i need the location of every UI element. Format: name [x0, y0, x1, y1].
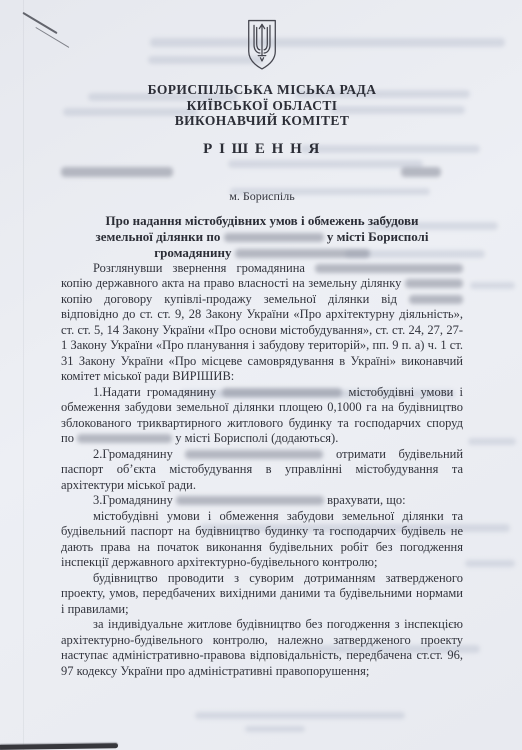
redacted-street-address	[224, 233, 324, 242]
redacted-citizen-name	[222, 388, 342, 397]
redacted-date	[409, 295, 463, 304]
preamble-seg3: відповідно до ст. ст. 9, 28 Закону Украї…	[61, 307, 463, 383]
redacted-date	[405, 279, 463, 288]
resolution-item-3-sub1: містобудівні умови і обмеження забудови …	[61, 509, 463, 571]
redacted-citizen-name	[176, 496, 324, 505]
redacted-citizen-name	[185, 450, 323, 459]
resolution-item-3-sub3: за індивідуальне житлове будівництво без…	[61, 617, 463, 679]
org-line-1: БОРИСПІЛЬСЬКА МІСЬКА РАДА	[61, 82, 463, 98]
org-name-block: БОРИСПІЛЬСЬКА МІСЬКА РАДА КИЇВСЬКОЇ ОБЛА…	[61, 82, 463, 129]
redacted-citizen-name	[315, 264, 463, 273]
title-line3a: громадянину	[154, 245, 231, 260]
paper-crease	[23, 0, 24, 750]
redacted-citizen-name	[235, 249, 370, 258]
scanned-decision-document: БОРИСПІЛЬСЬКА МІСЬКА РАДА КИЇВСЬКОЇ ОБЛА…	[0, 0, 522, 750]
title-line2b: у місті Борисполі	[327, 229, 429, 244]
org-line-2: КИЇВСЬКОЇ ОБЛАСТІ	[61, 98, 463, 114]
title-line2a: земельної ділянки по	[96, 229, 221, 244]
coat-of-arms-trident-icon	[245, 18, 279, 72]
place-line: м. Бориспіль	[61, 189, 463, 204]
preamble-seg1: копію державного акта на право власності…	[61, 276, 401, 290]
resolution-item-3-heading: 3.Громадянину врахувати, що:	[61, 493, 463, 509]
preamble-paragraph: Розглянувши звернення громадянина копію …	[61, 261, 463, 385]
pen-scratch-mark	[22, 12, 57, 34]
document-title: Про надання містобудівних умов і обмежен…	[61, 213, 463, 261]
preamble-seg2: копію договору купівлі-продажу земельної…	[61, 292, 397, 306]
bleedthrough-mark	[195, 712, 405, 719]
item2-seg0: 2.Громадянину	[93, 447, 173, 461]
bleedthrough-mark	[245, 726, 305, 732]
preamble-seg0: Розглянувши звернення громадянина	[93, 261, 305, 275]
redacted-date	[61, 167, 173, 177]
item3-seg0: 3.Громадянину	[93, 493, 173, 507]
redacted-street-address	[77, 434, 172, 443]
document-type-heading: Р І Ш Е Н Н Я	[61, 141, 463, 158]
bleedthrough-mark	[468, 438, 516, 445]
resolution-item-2: 2.Громадянину отримати будівельний паспо…	[61, 447, 463, 494]
date-number-row	[61, 167, 463, 178]
scan-edge-shadow	[0, 743, 118, 750]
item1-seg0: 1.Надати громадянину	[93, 385, 216, 399]
title-line1: Про надання містобудівних умов і обмежен…	[106, 213, 419, 228]
redacted-number	[401, 167, 441, 177]
document-content: БОРИСПІЛЬСЬКА МІСЬКА РАДА КИЇВСЬКОЇ ОБЛА…	[61, 0, 463, 679]
org-line-3: ВИКОНАВЧИЙ КОМІТЕТ	[61, 113, 463, 129]
bleedthrough-mark	[465, 560, 515, 567]
resolution-item-1: 1.Надати громадянину містобудівні умови …	[61, 385, 463, 447]
item3-seg1: врахувати, що:	[327, 493, 405, 507]
resolution-item-3-sub2: будівництво проводити з суворим дотриман…	[61, 571, 463, 618]
bleedthrough-mark	[470, 282, 515, 289]
item1-seg2: у місті Борисполі (додаються).	[175, 431, 338, 445]
